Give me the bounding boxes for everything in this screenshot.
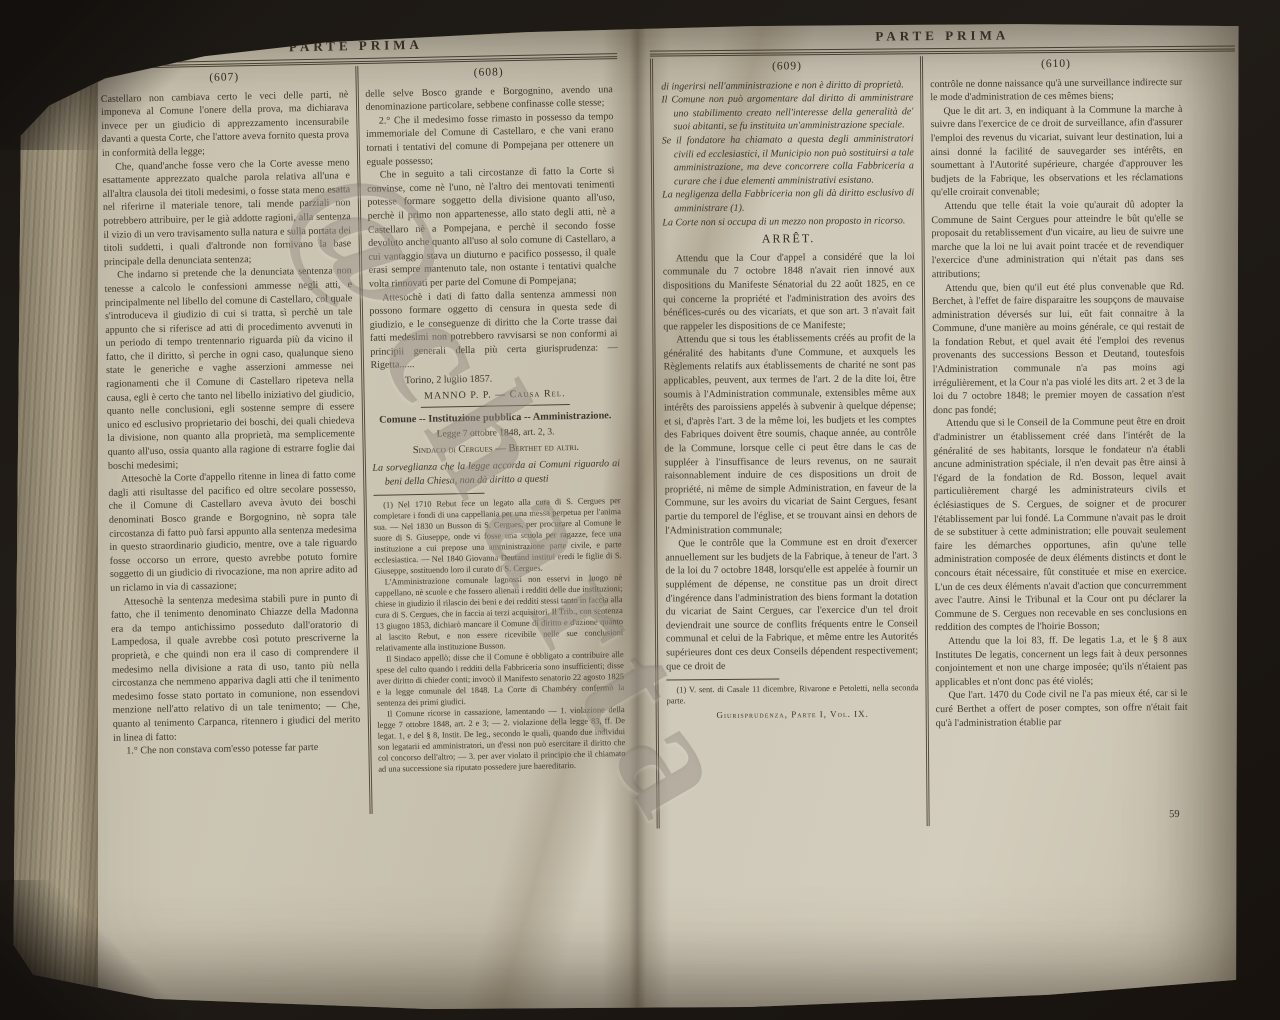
paragraph: Que le contrôle que la Commune est en dr… (665, 535, 918, 673)
paragraph: Attendu que la loi 83, ff. De legatis 1.… (935, 633, 1187, 690)
footnote-paragraph: L'Amministrazione comunale lagnossi non … (375, 572, 624, 654)
headnote-paragraph: La Corte non si occupa di un mezzo non p… (662, 214, 914, 230)
paragraph: Che, quand'anche fosse vero che la Corte… (102, 156, 352, 269)
paragraph: Attendu que si le Conseil de la Commune … (933, 415, 1187, 635)
paragraph: Attendu que si tous les établissements c… (663, 332, 917, 538)
paragraph: 2.° Che il medesimo fosse rimasto in pos… (366, 110, 614, 169)
paragraph: Che in seguito a tali circostanze di fat… (367, 164, 617, 291)
footnote-rule (373, 493, 484, 496)
right-page: PARTE PRIMA (609) di ingerirsi nell'ammi… (650, 25, 1244, 1015)
headnote-paragraph: Se il fondatore ha chiamato a questa deg… (662, 132, 914, 189)
footnote-paragraph: Il Sindaco appellò; disse che il Comune … (376, 649, 625, 709)
column-610: (610) contrôle ne donne naissance qu'à u… (925, 54, 1194, 826)
paragraph: Attesochè la sentenza medesima stabilì p… (110, 591, 360, 745)
section-rule (421, 404, 569, 408)
paragraph: Attesochè i dati di fatto dalla sentenza… (369, 287, 618, 373)
running-head-right: PARTE PRIMA (650, 25, 1235, 46)
left-page: PARTE PRIMA (607) Castellaro non cambiav… (95, 33, 635, 1008)
footnote-paragraph: (1) Nel 1710 Rebut fece un legato alla c… (373, 495, 622, 577)
paragraph: Attendu que la Cour d'appel a considéré … (663, 250, 916, 334)
column-607: (607) Castellaro non cambiava certo le v… (95, 66, 367, 819)
page-number-609: (609) (661, 59, 913, 75)
paragraph: Attendu que, bien qu'il eut été plus con… (932, 279, 1185, 417)
footnote-block: (1) V. sent. di Casale 11 dicembre, Riva… (666, 682, 918, 706)
arret-heading: ARRÊT. (662, 231, 914, 247)
column-608: (608) delle selve Bosco grande e Borgogn… (360, 61, 632, 814)
book-gutter-shadow (602, 24, 670, 1014)
folio-number: 59 (1169, 808, 1180, 822)
page-edge-stack (6, 70, 98, 1015)
photo-corner-shadow (0, 880, 180, 1020)
footnote-rule (666, 679, 779, 681)
page-number-608: (608) (365, 64, 613, 82)
headnote-paragraph: La negligenza della Fabbriceria non gli … (662, 187, 914, 216)
journal-imprint: Giurisprudenza, Parte I, Vol. IX. (667, 707, 919, 723)
footnote-paragraph: (1) V. sent. di Casale 11 dicembre, Riva… (666, 682, 918, 706)
paragraph: Que l'art. 1470 du Code civil ne l'a pas… (935, 687, 1187, 730)
column-609: (609) di ingerirsi nell'amministrazione … (650, 56, 925, 828)
footnote-block: (1) Nel 1710 Rebut fece un legato alla c… (373, 495, 626, 775)
page-number-610: (610) (930, 57, 1182, 73)
paragraph: Que le dit art. 3, en indiquant à la Com… (930, 103, 1183, 200)
paragraph: Attendu que telle était la voie qu'aurai… (931, 198, 1184, 282)
open-book: PARTE PRIMA (607) Castellaro non cambiav… (6, 10, 1246, 1015)
footnote-paragraph: Il Comune ricorse in cassazione, lamenta… (377, 704, 626, 775)
judge-signature: MANNO P. P. — Causa Rel. (371, 386, 619, 404)
photo-corner-shadow (0, 0, 260, 150)
paragraph: Che indarno si pretende che la denunciat… (104, 265, 355, 474)
paragraph: Attesochè la Corte d'appello ritenne in … (108, 468, 358, 595)
case-headnote: La sorveglianza che la legge accorda ai … (372, 457, 620, 489)
paragraph: contrôle ne donne naissance qu'à une sur… (930, 76, 1182, 105)
case-parties: Sindaco di Cergues — Berthet ed altri. (372, 441, 620, 459)
book-photograph: PARTE PRIMA (607) Castellaro non cambiav… (0, 0, 1280, 1020)
headnote-paragraph: Il Comune non può argomentare dal diritt… (661, 91, 913, 134)
